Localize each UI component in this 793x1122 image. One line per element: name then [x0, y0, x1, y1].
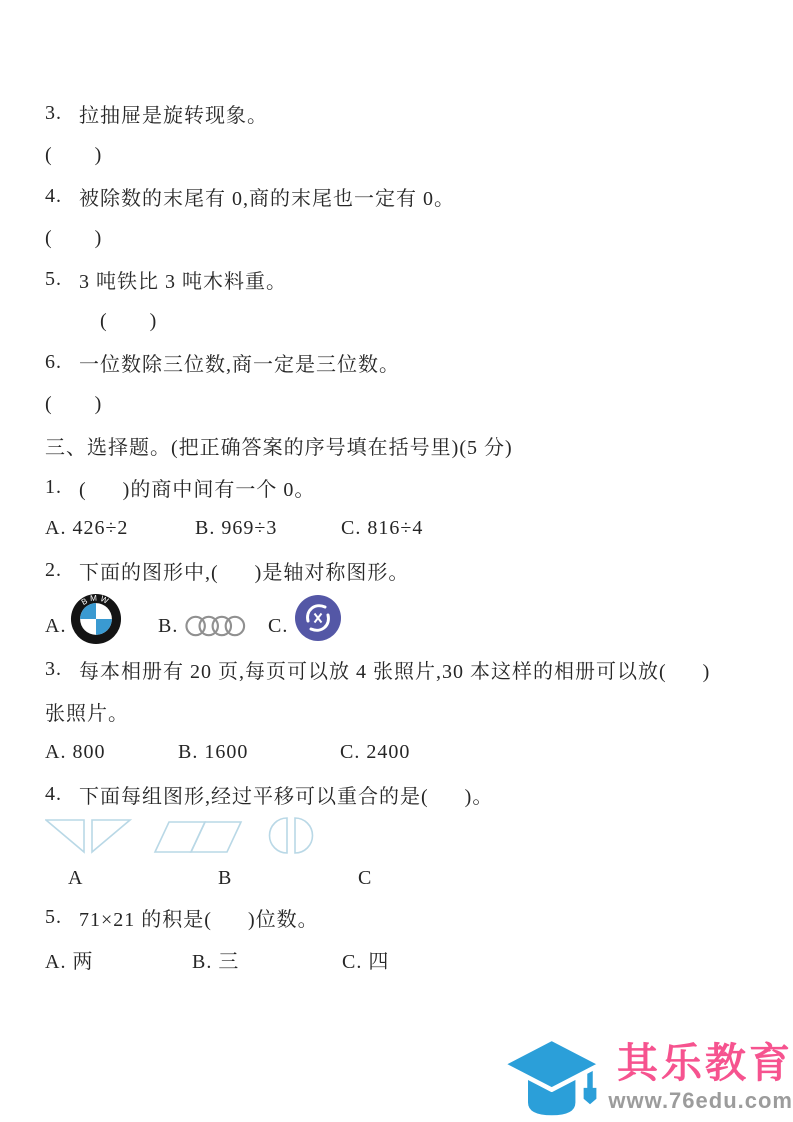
option-a: A. 两 [45, 945, 192, 974]
question-number: 1. [45, 476, 79, 499]
option-c-label: C. [268, 615, 288, 638]
question-text: 71×21 的积是( )位数。 [79, 903, 319, 932]
judge-question-4: 4. 被除数的末尾有 0,商的末尾也一定有 0。 [45, 176, 773, 218]
choice-question-3-continued: 张照片。 [45, 691, 773, 733]
judge-answer-bracket-4: ( ) [45, 218, 773, 260]
publisher-watermark: 其乐教育 www.76edu.com [497, 1030, 793, 1122]
triangle-right-shape [92, 820, 130, 852]
answer-bracket: ( ) [45, 393, 102, 416]
option-b: B. 969÷3 [195, 517, 341, 540]
question-text: 拉抽屉是旋转现象。 [79, 99, 268, 128]
choice-1-options: A. 426÷2 B. 969÷3 C. 816÷4 [45, 508, 773, 550]
question-text: ( )的商中间有一个 0。 [79, 473, 315, 502]
choice-question-5: 5. 71×21 的积是( )位数。 [45, 897, 773, 939]
judge-answer-bracket-3: ( ) [45, 135, 773, 177]
judge-question-3: 3. 拉抽屉是旋转现象。 [45, 93, 773, 135]
worksheet-content: 3. 拉抽屉是旋转现象。 ( ) 4. 被除数的末尾有 0,商的末尾也一定有 0… [45, 93, 773, 980]
watermark-text: 其乐教育 www.76edu.com [608, 1040, 793, 1114]
brand-name: 其乐教育 [617, 1040, 793, 1087]
half-circle-left-shape [270, 818, 288, 853]
choice-2-logo-options: A. BMW B. C. [45, 591, 773, 649]
answer-bracket: ( ) [100, 310, 157, 333]
question-number: 2. [45, 559, 79, 582]
option-b: B. 1600 [178, 741, 340, 764]
question-number: 4. [45, 185, 79, 208]
question-number: 5. [45, 906, 79, 929]
choice-question-2: 2. 下面的图形中,( )是轴对称图形。 [45, 550, 773, 592]
judge-question-6: 6. 一位数除三位数,商一定是三位数。 [45, 342, 773, 384]
brand-url: www.76edu.com [608, 1088, 793, 1114]
parallelogram-right-shape [191, 822, 241, 852]
question-text: 张照片。 [45, 697, 129, 726]
worksheet-page: { "colors": { "text": "#262626", "shape_… [0, 0, 793, 1122]
choice-3-options: A. 800 B. 1600 C. 2400 [45, 732, 773, 774]
bmw-logo-icon: BMW [70, 593, 122, 645]
shape-label-a: A [68, 867, 82, 890]
question-text: 一位数除三位数,商一定是三位数。 [79, 348, 400, 377]
section-title: 三、选择题。(把正确答案的序号填在括号里)(5 分) [45, 431, 513, 460]
question-number: 5. [45, 268, 79, 291]
question-number: 6. [45, 351, 79, 374]
choice-4-shape-labels: A B C [45, 861, 773, 897]
option-c: C. 四 [342, 945, 389, 974]
question-text: 3 吨铁比 3 吨木料重。 [79, 265, 287, 294]
shape-options-figure [45, 815, 445, 861]
graduation-cap-icon [497, 1030, 606, 1122]
china-mobile-logo-icon [295, 595, 341, 641]
judge-answer-bracket-6: ( ) [45, 384, 773, 426]
question-text: 被除数的末尾有 0,商的末尾也一定有 0。 [79, 182, 455, 211]
judge-question-5: 5. 3 吨铁比 3 吨木料重。 [45, 259, 773, 301]
shape-label-c: C [358, 867, 371, 890]
section-header: 三、选择题。(把正确答案的序号填在括号里)(5 分) [45, 425, 773, 467]
question-number: 3. [45, 102, 79, 125]
option-b-label: B. [158, 615, 178, 638]
option-c: C. 2400 [340, 741, 410, 764]
question-number: 4. [45, 783, 79, 806]
choice-question-3: 3. 每本相册有 20 页,每页可以放 4 张照片,30 本这样的相册可以放( … [45, 649, 773, 691]
option-c: C. 816÷4 [341, 517, 423, 540]
half-circle-right-shape [295, 818, 313, 853]
choice-question-1: 1. ( )的商中间有一个 0。 [45, 467, 773, 509]
choice-4-shape-options [45, 815, 773, 861]
option-a: A. 800 [45, 741, 178, 764]
question-text: 下面的图形中,( )是轴对称图形。 [79, 556, 409, 585]
choice-5-options: A. 两 B. 三 C. 四 [45, 939, 773, 981]
option-b: B. 三 [192, 945, 342, 974]
answer-bracket: ( ) [45, 144, 102, 167]
option-a-label: A. [45, 615, 66, 638]
question-text: 下面每组图形,经过平移可以重合的是( )。 [79, 780, 493, 809]
judge-answer-bracket-5: ( ) [45, 301, 773, 343]
answer-bracket: ( ) [45, 227, 102, 250]
question-text: 每本相册有 20 页,每页可以放 4 张照片,30 本这样的相册可以放( ) [79, 655, 710, 684]
shape-label-b: B [218, 867, 231, 890]
option-a: A. 426÷2 [45, 517, 195, 540]
audi-logo-icon [185, 613, 247, 639]
choice-question-4: 4. 下面每组图形,经过平移可以重合的是( )。 [45, 774, 773, 816]
question-number: 3. [45, 658, 79, 681]
triangle-left-shape [46, 820, 84, 852]
